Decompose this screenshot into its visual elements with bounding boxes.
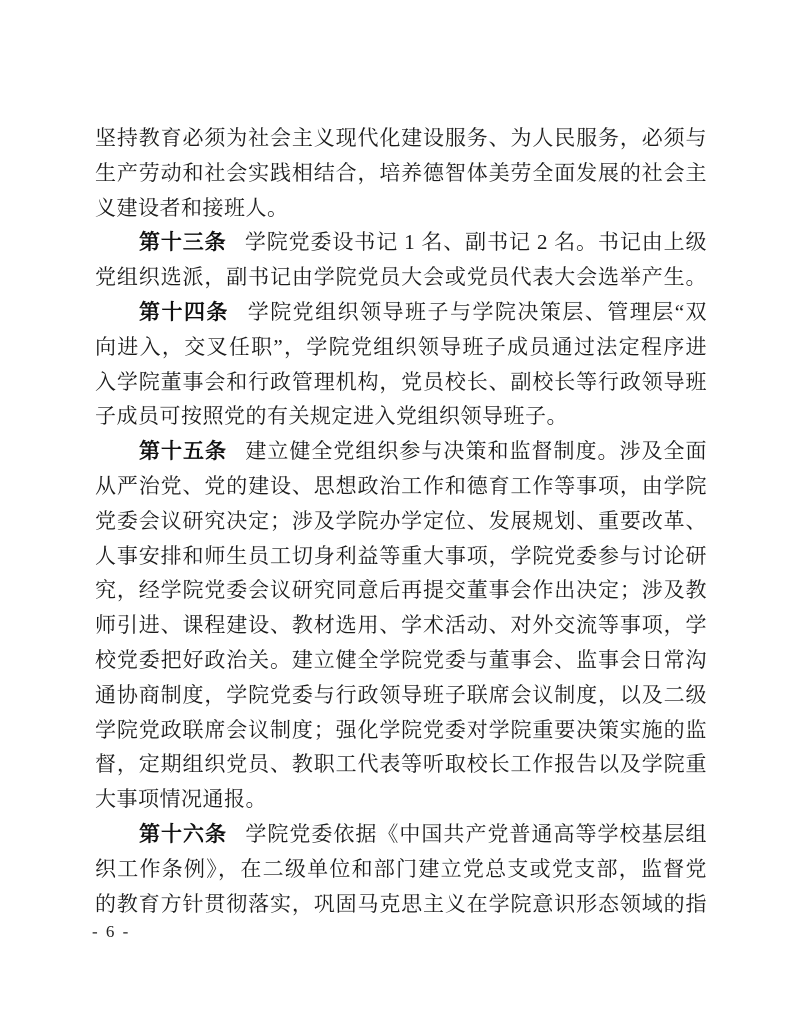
text-line: 子成员可按照党的有关规定进入党组织领导班子。	[95, 399, 707, 434]
line-text: 子成员可按照党的有关规定进入党组织领导班子。	[95, 404, 568, 428]
text-line: 学院党政联席会议制度；强化学院党委对学院重要决策实施的监	[95, 713, 707, 748]
text-line: 织工作条例》，在二级单位和部门建立党总支或党支部，监督党	[95, 852, 707, 887]
line-text: 督，定期组织党员、教职工代表等听取校长工作报告以及学院重	[95, 752, 707, 776]
text-line: 党组织选派，副书记由学院党员大会或党员代表大会选举产生。	[95, 260, 707, 295]
text-line: 入学院董事会和行政管理机构，党员校长、副校长等行政领导班	[95, 365, 707, 400]
line-text: 大事项情况通报。	[95, 787, 267, 811]
text-line: 通协商制度，学院党委与行政领导班子联席会议制度，以及二级	[95, 678, 707, 713]
line-text: 入学院董事会和行政管理机构，党员校长、副校长等行政领导班	[95, 370, 707, 394]
text-line: 第十三条学院党委设书记 1 名、副书记 2 名。书记由上级	[95, 225, 707, 260]
line-text: 学院党组织领导班子与学院决策层、管理层“双	[247, 300, 707, 324]
text-line: 党委会议研究决定；涉及学院办学定位、发展规划、重要改革、	[95, 504, 707, 539]
line-text: 人事安排和师生员工切身利益等重大事项，学院党委参与讨论研	[95, 544, 707, 568]
line-text: 党组织选派，副书记由学院党员大会或党员代表大会选举产生。	[95, 265, 707, 289]
text-line: 人事安排和师生员工切身利益等重大事项，学院党委参与讨论研	[95, 539, 707, 574]
line-text: 党委会议研究决定；涉及学院办学定位、发展规划、重要改革、	[95, 509, 707, 533]
line-text: 义建设者和接班人。	[95, 196, 289, 220]
line-text: 究，经学院党委会议研究同意后再提交董事会作出决定；涉及教	[95, 578, 707, 602]
text-line: 生产劳动和社会实践相结合，培养德智体美劳全面发展的社会主	[95, 156, 707, 191]
line-text: 向进入，交叉任职”，学院党组织领导班子成员通过法定程序进	[95, 335, 707, 359]
document-body-text: 坚持教育必须为社会主义现代化建设服务、为人民服务，必须与生产劳动和社会实践相结合…	[95, 121, 707, 921]
line-text: 学院党政联席会议制度；强化学院党委对学院重要决策实施的监	[95, 718, 707, 742]
document-page: 坚持教育必须为社会主义现代化建设服务、为人民服务，必须与生产劳动和社会实践相结合…	[0, 0, 800, 1021]
line-text: 生产劳动和社会实践相结合，培养德智体美劳全面发展的社会主	[95, 161, 707, 185]
text-line: 的教育方针贯彻落实，巩固马克思主义在学院意识形态领域的指	[95, 887, 707, 922]
line-text: 建立健全党组织参与决策和监督制度。涉及全面	[245, 439, 707, 463]
line-text: 从严治党、党的建设、思想政治工作和德育工作等事项，由学院	[95, 474, 707, 498]
article-number: 第十四条	[139, 300, 229, 324]
text-line: 校党委把好政治关。建立健全学院党委与董事会、监事会日常沟	[95, 643, 707, 678]
line-text: 织工作条例》，在二级单位和部门建立党总支或党支部，监督党	[95, 857, 707, 881]
line-text: 的教育方针贯彻落实，巩固马克思主义在学院意识形态领域的指	[95, 892, 707, 916]
article-number: 第十六条	[139, 822, 227, 846]
text-line: 坚持教育必须为社会主义现代化建设服务、为人民服务，必须与	[95, 121, 707, 156]
text-line: 督，定期组织党员、教职工代表等听取校长工作报告以及学院重	[95, 747, 707, 782]
text-line: 第十五条建立健全党组织参与决策和监督制度。涉及全面	[95, 434, 707, 469]
text-line: 大事项情况通报。	[95, 782, 707, 817]
line-text: 师引进、课程建设、教材选用、学术活动、对外交流等事项，学	[95, 613, 707, 637]
text-line: 向进入，交叉任职”，学院党组织领导班子成员通过法定程序进	[95, 330, 707, 365]
line-text: 校党委把好政治关。建立健全学院党委与董事会、监事会日常沟	[95, 648, 707, 672]
text-line: 第十四条学院党组织领导班子与学院决策层、管理层“双	[95, 295, 707, 330]
text-line: 第十六条学院党委依据《中国共产党普通高等学校基层组	[95, 817, 707, 852]
line-text: 通协商制度，学院党委与行政领导班子联席会议制度，以及二级	[95, 683, 707, 707]
text-line: 从严治党、党的建设、思想政治工作和德育工作等事项，由学院	[95, 469, 707, 504]
text-line: 师引进、课程建设、教材选用、学术活动、对外交流等事项，学	[95, 608, 707, 643]
line-text: 学院党委设书记 1 名、副书记 2 名。书记由上级	[244, 230, 707, 254]
text-line: 究，经学院党委会议研究同意后再提交董事会作出决定；涉及教	[95, 573, 707, 608]
article-number: 第十三条	[139, 230, 227, 254]
page-number: - 6 -	[92, 922, 130, 942]
text-line: 义建设者和接班人。	[95, 191, 707, 226]
line-text: 坚持教育必须为社会主义现代化建设服务、为人民服务，必须与	[95, 126, 707, 150]
line-text: 学院党委依据《中国共产党普通高等学校基层组	[245, 822, 707, 846]
article-number: 第十五条	[139, 439, 227, 463]
